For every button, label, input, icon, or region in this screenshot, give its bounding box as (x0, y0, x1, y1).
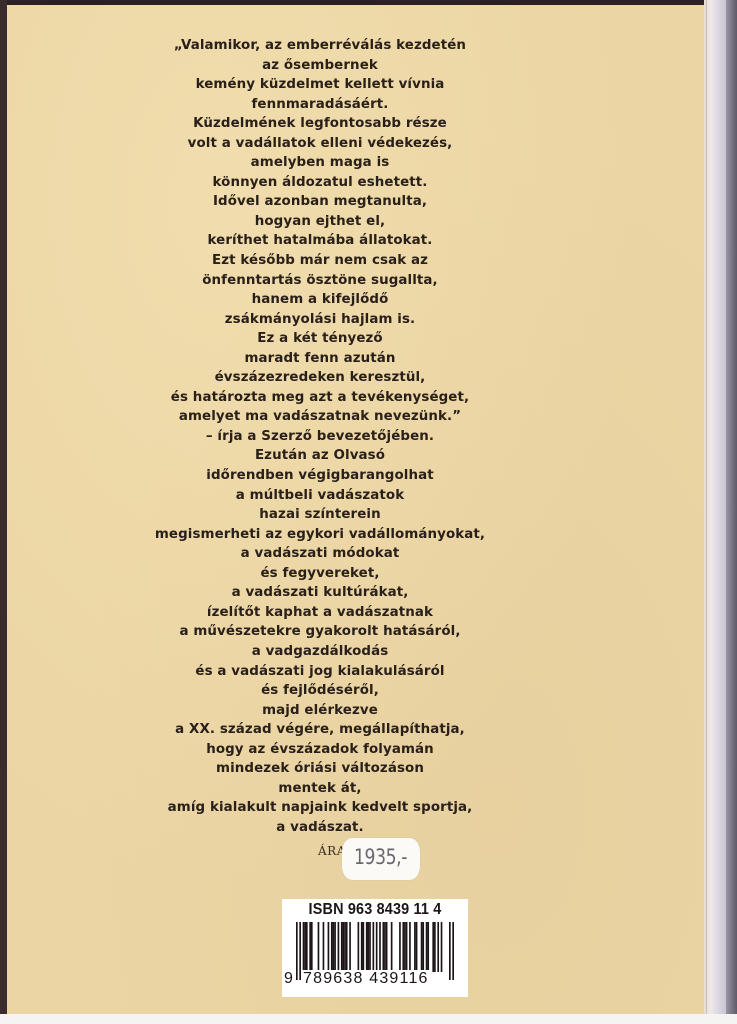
book-back-cover-scan: „Valamikor, az emberréválás kezdeténaz ő… (0, 0, 737, 1024)
blurb-line: amíg kialakult napjaink kedvelt sportja, (130, 798, 510, 818)
blurb-line: maradt fenn azután (130, 349, 510, 369)
blurb-line: majd elérkezve (130, 701, 510, 721)
ean-first-digit: 9 (284, 970, 293, 988)
blurb-line: és határozta meg azt a tevékenységet, (130, 388, 510, 408)
blurb-line: önfenntartás ösztöne sugallta, (130, 271, 510, 291)
isbn-barcode: ISBN 963 8439 11 4 9 789638 439116 (282, 899, 468, 997)
blurb-line: évszázezredeken keresztül, (130, 368, 510, 388)
blurb-line: a vadászati kultúrákat, (130, 583, 510, 603)
blurb-line: mindezek óriási változáson (130, 759, 510, 779)
blurb-line: „Valamikor, az emberréválás kezdetén (130, 36, 510, 56)
scan-bottom-margin (0, 1014, 737, 1024)
blurb-line: megismerheti az egykori vadállományokat, (130, 525, 510, 545)
cover-left-edge (0, 0, 7, 1014)
blurb-line: ízelítőt kaphat a vadászatnak (130, 603, 510, 623)
blurb-line: fennmaradásáért. (130, 95, 510, 115)
blurb-line: keríthet hatalmába állatokat. (130, 231, 510, 251)
cover-right-edge-line (706, 0, 707, 1014)
blurb-line: hogy az évszázadok folyamán (130, 740, 510, 760)
blurb-line: kemény küzdelmet kellett vívnia (130, 75, 510, 95)
isbn-number: ISBN 963 8439 11 4 (291, 901, 458, 919)
blurb-line: és a vadászati jog kialakulásáról (130, 662, 510, 682)
blurb-line: Ezután az Olvasó (130, 446, 510, 466)
blurb-line: hogyan ejthet el, (130, 212, 510, 232)
blurb-line: az ősembernek (130, 56, 510, 76)
blurb-line: a múltbeli vadászatok (130, 486, 510, 506)
blurb-line: a vadászati módokat (130, 544, 510, 564)
blurb-line: Küzdelmének legfontosabb része (130, 114, 510, 134)
blurb-line: hanem a kifejlődő (130, 290, 510, 310)
blurb-line: a vadgazdálkodás (130, 642, 510, 662)
blurb-line: Ez a két tényező (130, 329, 510, 349)
blurb-line: Idővel azonban megtanulta, (130, 192, 510, 212)
blurb-line: mentek át, (130, 779, 510, 799)
ean-number: 9 789638 439116 (282, 969, 468, 993)
blurb-line: Ezt később már nem csak az (130, 251, 510, 271)
blurb-line: könnyen áldozatul eshetett. (130, 173, 510, 193)
blurb-line: hazai színterein (130, 505, 510, 525)
price-tag: ÁRA 1935,- (318, 838, 478, 878)
blurb-line: volt a vadállatok elleni védekezés, (130, 134, 510, 154)
blurb-line: – írja a Szerző bevezetőjében. (130, 427, 510, 447)
cover-top-edge (0, 0, 712, 5)
ean-digits: 789638 439116 (302, 970, 430, 988)
blurb-line: időrendben végigbarangolhat (130, 466, 510, 486)
cover-right-page-edges (704, 0, 726, 1014)
blurb-line: és fegyvereket, (130, 564, 510, 584)
blurb-line: amelyben maga is (130, 153, 510, 173)
scan-right-shadow (726, 0, 737, 1014)
book-cover: „Valamikor, az emberréválás kezdeténaz ő… (0, 0, 712, 1014)
back-cover-blurb: „Valamikor, az emberréválás kezdeténaz ő… (130, 36, 510, 837)
blurb-line: a XX. század végére, megállapíthatja, (130, 720, 510, 740)
blurb-line: a művészetekre gyakorolt hatásáról, (130, 622, 510, 642)
blurb-line: és fejlődéséről, (130, 681, 510, 701)
blurb-line: zsákmányolási hajlam is. (130, 310, 510, 330)
blurb-line: a vadászat. (130, 818, 510, 838)
blurb-line: amelyet ma vadászatnak nevezünk.” (130, 407, 510, 427)
price-value: 1935,- (354, 845, 407, 869)
